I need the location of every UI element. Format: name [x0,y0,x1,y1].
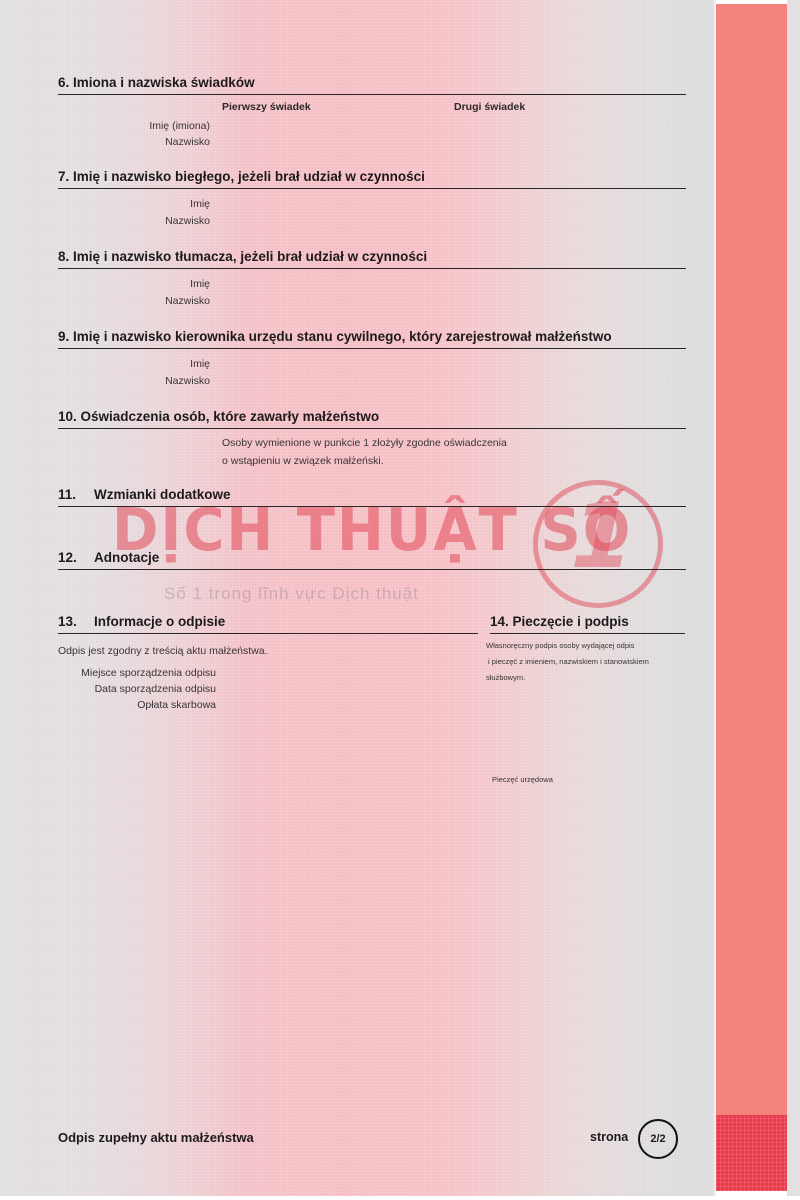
section-12-heading: 12.Adnotacje [58,549,686,570]
copy-place-label: Miejsce sporządzenia odpisu [58,667,216,679]
section-9-heading: 9. Imię i nazwisko kierownika urzędu sta… [58,328,686,349]
section-11-heading: 11.Wzmianki dodatkowe [58,486,686,507]
signature-note-line-3: służbowym. [486,670,525,686]
declaration-line-1: Osoby wymienione w punkcie 1 złożyły zgo… [222,434,507,452]
section-10-heading: 10. Oświadczenia osób, które zawarły mał… [58,408,686,429]
footer-page-label: strona [590,1130,628,1144]
copy-date-label: Data sporządzenia odpisu [58,683,216,695]
expert-last-name-label: Nazwisko [50,215,210,227]
signature-note-line-2: i pieczęć z imieniem, nazwiskiem i stano… [488,654,649,670]
stamp-duty-label: Opłata skarbowa [58,699,216,711]
page-number-badge: 2/2 [638,1119,678,1159]
section-11-title: Wzmianki dodatkowe [94,487,231,502]
decorative-side-band-bottom [716,1115,787,1191]
section-7-heading: 7. Imię i nazwisko biegłego, jeżeli brał… [58,168,686,189]
first-witness-column-header: Pierwszy świadek [222,101,311,113]
second-witness-column-header: Drugi świadek [454,101,525,113]
official-stamp-label: Pieczęć urzędowa [492,771,553,789]
section-8-heading: 8. Imię i nazwisko tłumacza, jeżeli brał… [58,248,686,269]
decorative-side-band [716,4,787,1115]
translator-last-name-label: Nazwisko [50,295,210,307]
copy-conformity-statement: Odpis jest zgodny z treścią aktu małżeńs… [58,642,268,660]
section-14-heading: 14. Pieczęcie i podpis [490,613,685,634]
right-edge [787,0,800,1196]
registrar-last-name-label: Nazwisko [50,375,210,387]
section-6-heading: 6. Imiona i nazwiska świadków [58,74,686,95]
expert-first-name-label: Imię [50,198,210,210]
page-number: 2/2 [650,1133,665,1145]
section-12-title: Adnotacje [94,550,159,565]
translator-first-name-label: Imię [50,278,210,290]
registrar-first-name-label: Imię [50,358,210,370]
section-13-heading: 13.Informacje o odpisie [58,613,478,634]
signature-note-line-1: Własnoręczny podpis osoby wydającej odpi… [486,638,634,654]
section-12-number: 12. [58,549,94,566]
footer-document-title: Odpis zupełny aktu małżeństwa [58,1130,254,1145]
declaration-line-2: o wstąpieniu w związek małżeński. [222,452,384,470]
witness-first-name-label: Imię (imiona) [50,120,210,132]
section-13-number: 13. [58,613,94,630]
witness-last-name-label: Nazwisko [50,136,210,148]
section-13-title: Informacje o odpisie [94,614,225,629]
section-11-number: 11. [58,486,94,503]
